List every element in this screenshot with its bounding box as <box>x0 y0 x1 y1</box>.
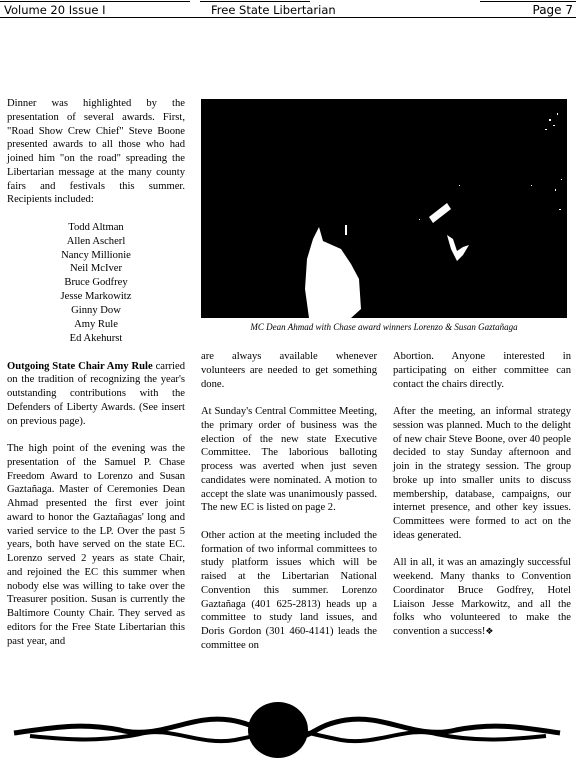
paragraph-lead: Outgoing State Chair Amy Rule <box>7 361 153 372</box>
page-number: Page 7 <box>533 3 574 17</box>
award-photo <box>201 99 567 318</box>
volume-issue: Volume 20 Issue I <box>4 3 106 17</box>
column-2: are always available whenever volunteers… <box>201 350 377 666</box>
paragraph: are always available whenever volunteers… <box>201 350 377 391</box>
recipient: Nancy Millionie <box>7 249 185 263</box>
closing-paragraph: All in all, it was an amazingly successf… <box>393 556 571 639</box>
column-3: Abortion. Anyone interested in participa… <box>393 350 571 653</box>
recipient: Amy Rule <box>7 318 185 332</box>
photo-image <box>201 99 567 318</box>
chase-award-paragraph: The high point of the evening was the pr… <box>7 442 185 648</box>
recipient: Jesse Markowitz <box>7 290 185 304</box>
newsletter-title: Free State Libertarian <box>211 3 336 17</box>
intro-paragraph: Dinner was highlighted by the presentati… <box>7 97 185 207</box>
end-mark-icon: ❖ <box>485 626 493 636</box>
recipient: Ginny Dow <box>7 304 185 318</box>
defenders-paragraph: Outgoing State Chair Amy Rule carried on… <box>7 360 185 429</box>
committees-paragraph: Other action at the meeting included the… <box>201 529 377 653</box>
recipient: Bruce Godfrey <box>7 276 185 290</box>
photo-caption: MC Dean Ahmad with Chase award winners L… <box>201 322 567 333</box>
page-header: Volume 20 Issue I Free State Libertarian… <box>0 0 576 22</box>
recipient: Todd Altman <box>7 221 185 235</box>
strategy-session-paragraph: After the meeting, an informal strategy … <box>393 405 571 543</box>
recipient: Ed Akehurst <box>7 332 185 346</box>
header-top-rule <box>200 1 310 2</box>
header-top-rule <box>480 1 576 2</box>
header-rule <box>0 17 576 18</box>
column-1: Dinner was highlighted by the presentati… <box>7 97 185 662</box>
decorative-divider-ornament <box>10 700 566 760</box>
recipient: Allen Ascherl <box>7 235 185 249</box>
central-committee-paragraph: At Sunday's Central Committee Meeting, t… <box>201 405 377 515</box>
header-top-rule <box>0 1 190 2</box>
recipient: Neil McIver <box>7 262 185 276</box>
paragraph-body: All in all, it was an amazingly successf… <box>393 557 571 637</box>
paragraph: Abortion. Anyone interested in participa… <box>393 350 571 391</box>
recipients-list: Todd Altman Allen Ascherl Nancy Millioni… <box>7 221 185 346</box>
